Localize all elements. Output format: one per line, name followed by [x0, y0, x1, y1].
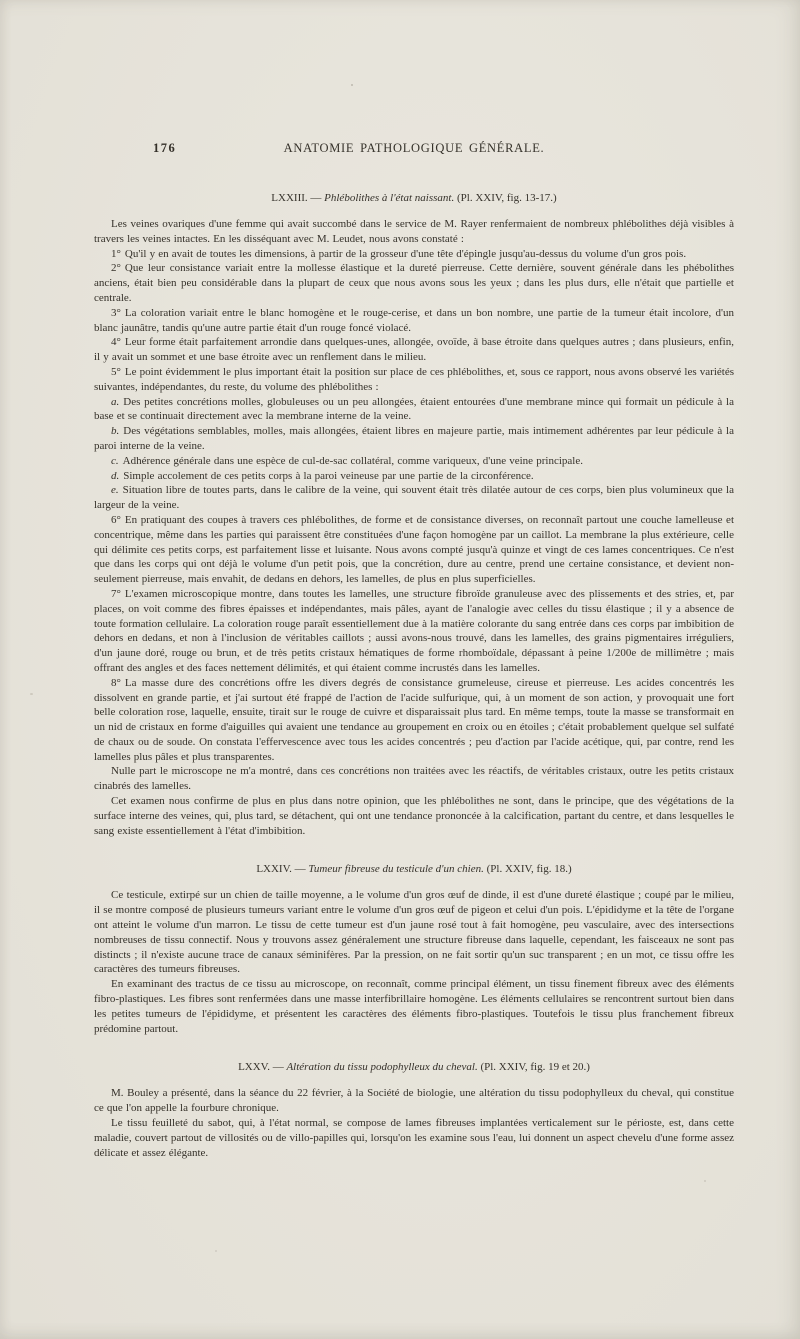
item-text: Des petites concrétions molles, globuleu… [94, 396, 734, 423]
plate-reference: (Pl. XXIV, fig. 19 et 20.) [480, 1061, 589, 1073]
item-marker: c. [111, 455, 123, 467]
item-marker: 6° [111, 514, 125, 526]
item-text: La masse dure des concrétions offre les … [94, 677, 734, 763]
item-text: Adhérence générale dans une espèce de cu… [123, 455, 583, 467]
item-marker: b. [111, 425, 123, 437]
plate-reference: (Pl. XXIV, fig. 13-17.) [457, 192, 557, 204]
paper-speck [215, 1250, 217, 1252]
section-title: Altération du tissu podophylleux du chev… [286, 1061, 477, 1073]
section-number: LXXV. [238, 1061, 270, 1073]
list-item: 4°Leur forme était parfaitement arrondie… [94, 335, 734, 365]
item-text: Des végétations semblables, molles, mais… [94, 425, 734, 452]
paragraph: Nulle part le microscope ne m'a montré, … [94, 764, 734, 794]
list-item: b.Des végétations semblables, molles, ma… [94, 424, 734, 454]
paragraph: En examinant des tractus de ce tissu au … [94, 977, 734, 1036]
paragraph: Cet examen nous confirme de plus en plus… [94, 794, 734, 838]
item-text: L'examen microscopique montre, dans tout… [94, 588, 734, 674]
section-title: Tumeur fibreuse du testicule d'un chien. [308, 863, 483, 875]
paper-speck [704, 1180, 706, 1182]
list-item: d.Simple accolement de ces petits corps … [94, 469, 734, 484]
paragraph: M. Bouley a présenté, dans la séance du … [94, 1086, 734, 1116]
scanned-book-page: 176 ANATOMIE PATHOLOGIQUE GÉNÉRALE. LXXI… [0, 0, 800, 1339]
section-number: LXXIII. [271, 192, 307, 204]
item-text: Que leur consistance variait entre la mo… [94, 262, 734, 304]
dash: — [295, 863, 306, 875]
item-text: Le point évidemment le plus important ét… [94, 366, 734, 393]
plate-reference: (Pl. XXIV, fig. 18.) [487, 863, 572, 875]
running-title: ANATOMIE PATHOLOGIQUE GÉNÉRALE. [94, 141, 734, 156]
item-text: Qu'il y en avait de toutes les dimension… [125, 248, 686, 260]
dash: — [310, 192, 321, 204]
item-marker: e. [111, 484, 123, 496]
paragraph: Le tissu feuilleté du sabot, qui, à l'ét… [94, 1116, 734, 1160]
list-item: 6°En pratiquant des coupes à travers ces… [94, 513, 734, 587]
item-marker: 5° [111, 366, 125, 378]
item-text: La coloration variait entre le blanc hom… [94, 307, 734, 334]
paragraph: Ce testicule, extirpé sur un chien de ta… [94, 888, 734, 977]
item-marker: 8° [111, 677, 125, 689]
list-item: c.Adhérence générale dans une espèce de … [94, 454, 734, 469]
page-content: LXXIII. — Phlébolithes à l'état naissant… [94, 192, 734, 1160]
list-item: 1°Qu'il y en avait de toutes les dimensi… [94, 247, 734, 262]
item-text: En pratiquant des coupes à travers ces p… [94, 514, 734, 585]
list-item: 7°L'examen microscopique montre, dans to… [94, 587, 734, 676]
section-heading-lxxiv: LXXIV. — Tumeur fibreuse du testicule d'… [94, 863, 734, 875]
item-marker: 4° [111, 336, 125, 348]
list-item: 5°Le point évidemment le plus important … [94, 365, 734, 395]
item-text: Simple accolement de ces petits corps à … [123, 470, 533, 482]
list-item: 3°La coloration variait entre le blanc h… [94, 306, 734, 336]
item-text: Situation libre de toutes parts, dans le… [94, 484, 734, 511]
list-item: 2°Que leur consistance variait entre la … [94, 261, 734, 305]
item-text: Leur forme était parfaitement arrondie d… [94, 336, 734, 363]
item-marker: 1° [111, 248, 125, 260]
item-marker: 7° [111, 588, 125, 600]
list-item: e.Situation libre de toutes parts, dans … [94, 483, 734, 513]
list-item: a.Des petites concrétions molles, globul… [94, 395, 734, 425]
paragraph: Les veines ovariques d'une femme qui ava… [94, 217, 734, 247]
item-marker: a. [111, 396, 123, 408]
item-marker: 2° [111, 262, 125, 274]
paper-speck [30, 693, 33, 695]
item-marker: 3° [111, 307, 125, 319]
list-item: 8°La masse dure des concrétions offre le… [94, 676, 734, 765]
section-title: Phlébolithes à l'état naissant. [324, 192, 454, 204]
dash: — [273, 1061, 284, 1073]
section-number: LXXIV. [256, 863, 292, 875]
section-heading-lxxv: LXXV. — Altération du tissu podophylleux… [94, 1061, 734, 1073]
section-heading-lxxiii: LXXIII. — Phlébolithes à l'état naissant… [94, 192, 734, 204]
item-marker: d. [111, 470, 123, 482]
paper-speck [351, 84, 353, 86]
